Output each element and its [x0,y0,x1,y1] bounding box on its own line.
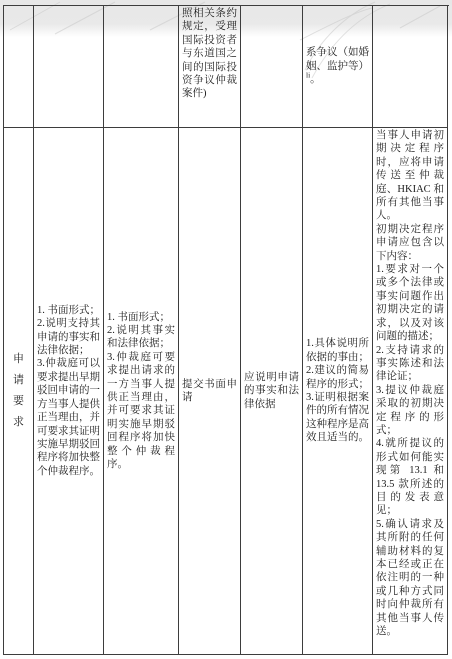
cell-r2c3-requirements: 1. 书面形式；2.说明其事实和法律依据；3.仲裁庭可要求提出请求的一方当事人提… [104,128,179,655]
paragraph: 3.仲裁庭可以要求提出早期驳回申请的一方当事人提供正当理由，并可要求其证明实施早… [37,357,100,478]
cell-r1c2-empty [34,6,104,128]
paragraph: 当事人申请初期决定程序时，应将申请传送至仲裁庭、HKIAC 和所有其他当事人。 [376,129,444,223]
cell-r1c1-empty [4,6,34,128]
dispute-note-before: 系争议（如婚姻、监护等） [306,47,369,71]
facts-legal-basis-text: 应说明申请的事实和法律依据 [244,371,299,411]
paragraph: 1.要求对一个或多个法律或事实问题作出初期决定的请求，以及对该问题的描述； [376,263,444,343]
cell-r1c7-empty [373,6,448,128]
paragraph: 5.确认请求及其所附的任何辅助材料的复本已经或正在依注明的一种或几种方式同时向仲… [376,518,444,639]
paragraph: 1.具体说明所依据的事由； [306,337,369,364]
paragraph: 1. 书面形式； [37,304,100,317]
paragraph: 3.证明根据案件的所有情况这种程序是高效且适当的。 [306,391,369,445]
dispute-note-text: 系争议（如婚姻、监护等）li。 [306,46,369,86]
procedure-comparison-table: 照相关条约规定，受理国际投资者与东道国之间的国际投资争议仲裁案件) 系争议（如婚… [3,5,449,655]
cell-r2c1-row-header: 申请要求 [4,128,34,655]
cell-r1c4-continuation-text: 照相关条约规定，受理国际投资者与东道国之间的国际投资争议仲裁案件) [179,6,241,128]
paragraph: 2.支持请求的事实陈述和法律论证； [376,344,444,384]
written-application-text: 提交书面申请 [182,378,237,405]
cell-r2c6-requirements: 1.具体说明所依据的事由；2.建议的简易程序的形式；3.证明根据案件的所有情况这… [303,128,373,655]
paragraph: 3.仲裁庭可要求提出请求的一方当事人提供正当理由，并可要求其证明实施早期驳回程序… [107,351,175,472]
row-header-label: 申请要求 [13,349,24,433]
paragraph: 1. 书面形式； [107,311,175,324]
paragraph: 初期决定程序申请应包含以下内容： [376,223,444,263]
cell-r2c2-requirements: 1. 书面形式；2.说明支持其申请的事实和法律依据；3.仲裁庭可以要求提出早期驳… [34,128,104,655]
cell-r1c5-empty [241,6,303,128]
paragraph: 4.就所提议的形式如何能实现第 13.1 和 13.5 款所述的目的发表意见； [376,437,444,517]
paragraph: 3.提议仲裁庭采取的初期决定程序的形式； [376,384,444,438]
cell-r2c7-early-determination-procedure: 当事人申请初期决定程序时，应将申请传送至仲裁庭、HKIAC 和所有其他当事人。初… [373,128,448,655]
cell-r1c6-dispute-note: 系争议（如婚姻、监护等）li。 [303,6,373,128]
paragraph: 2.建议的简易程序的形式； [306,364,369,391]
paragraph: 2.说明支持其申请的事实和法律依据； [37,317,100,357]
scanned-page: 照相关条约规定，受理国际投资者与东道国之间的国际投资争议仲裁案件) 系争议（如婚… [0,0,452,659]
paragraph: 2.说明其事实和法律依据； [107,324,175,351]
cell-r1c3-empty [104,6,179,128]
cell-r2c5-facts-legal-basis: 应说明申请的事实和法律依据 [241,128,303,655]
cell-r2c4-written-application: 提交书面申请 [179,128,241,655]
dispute-note-after: 。 [310,74,321,85]
